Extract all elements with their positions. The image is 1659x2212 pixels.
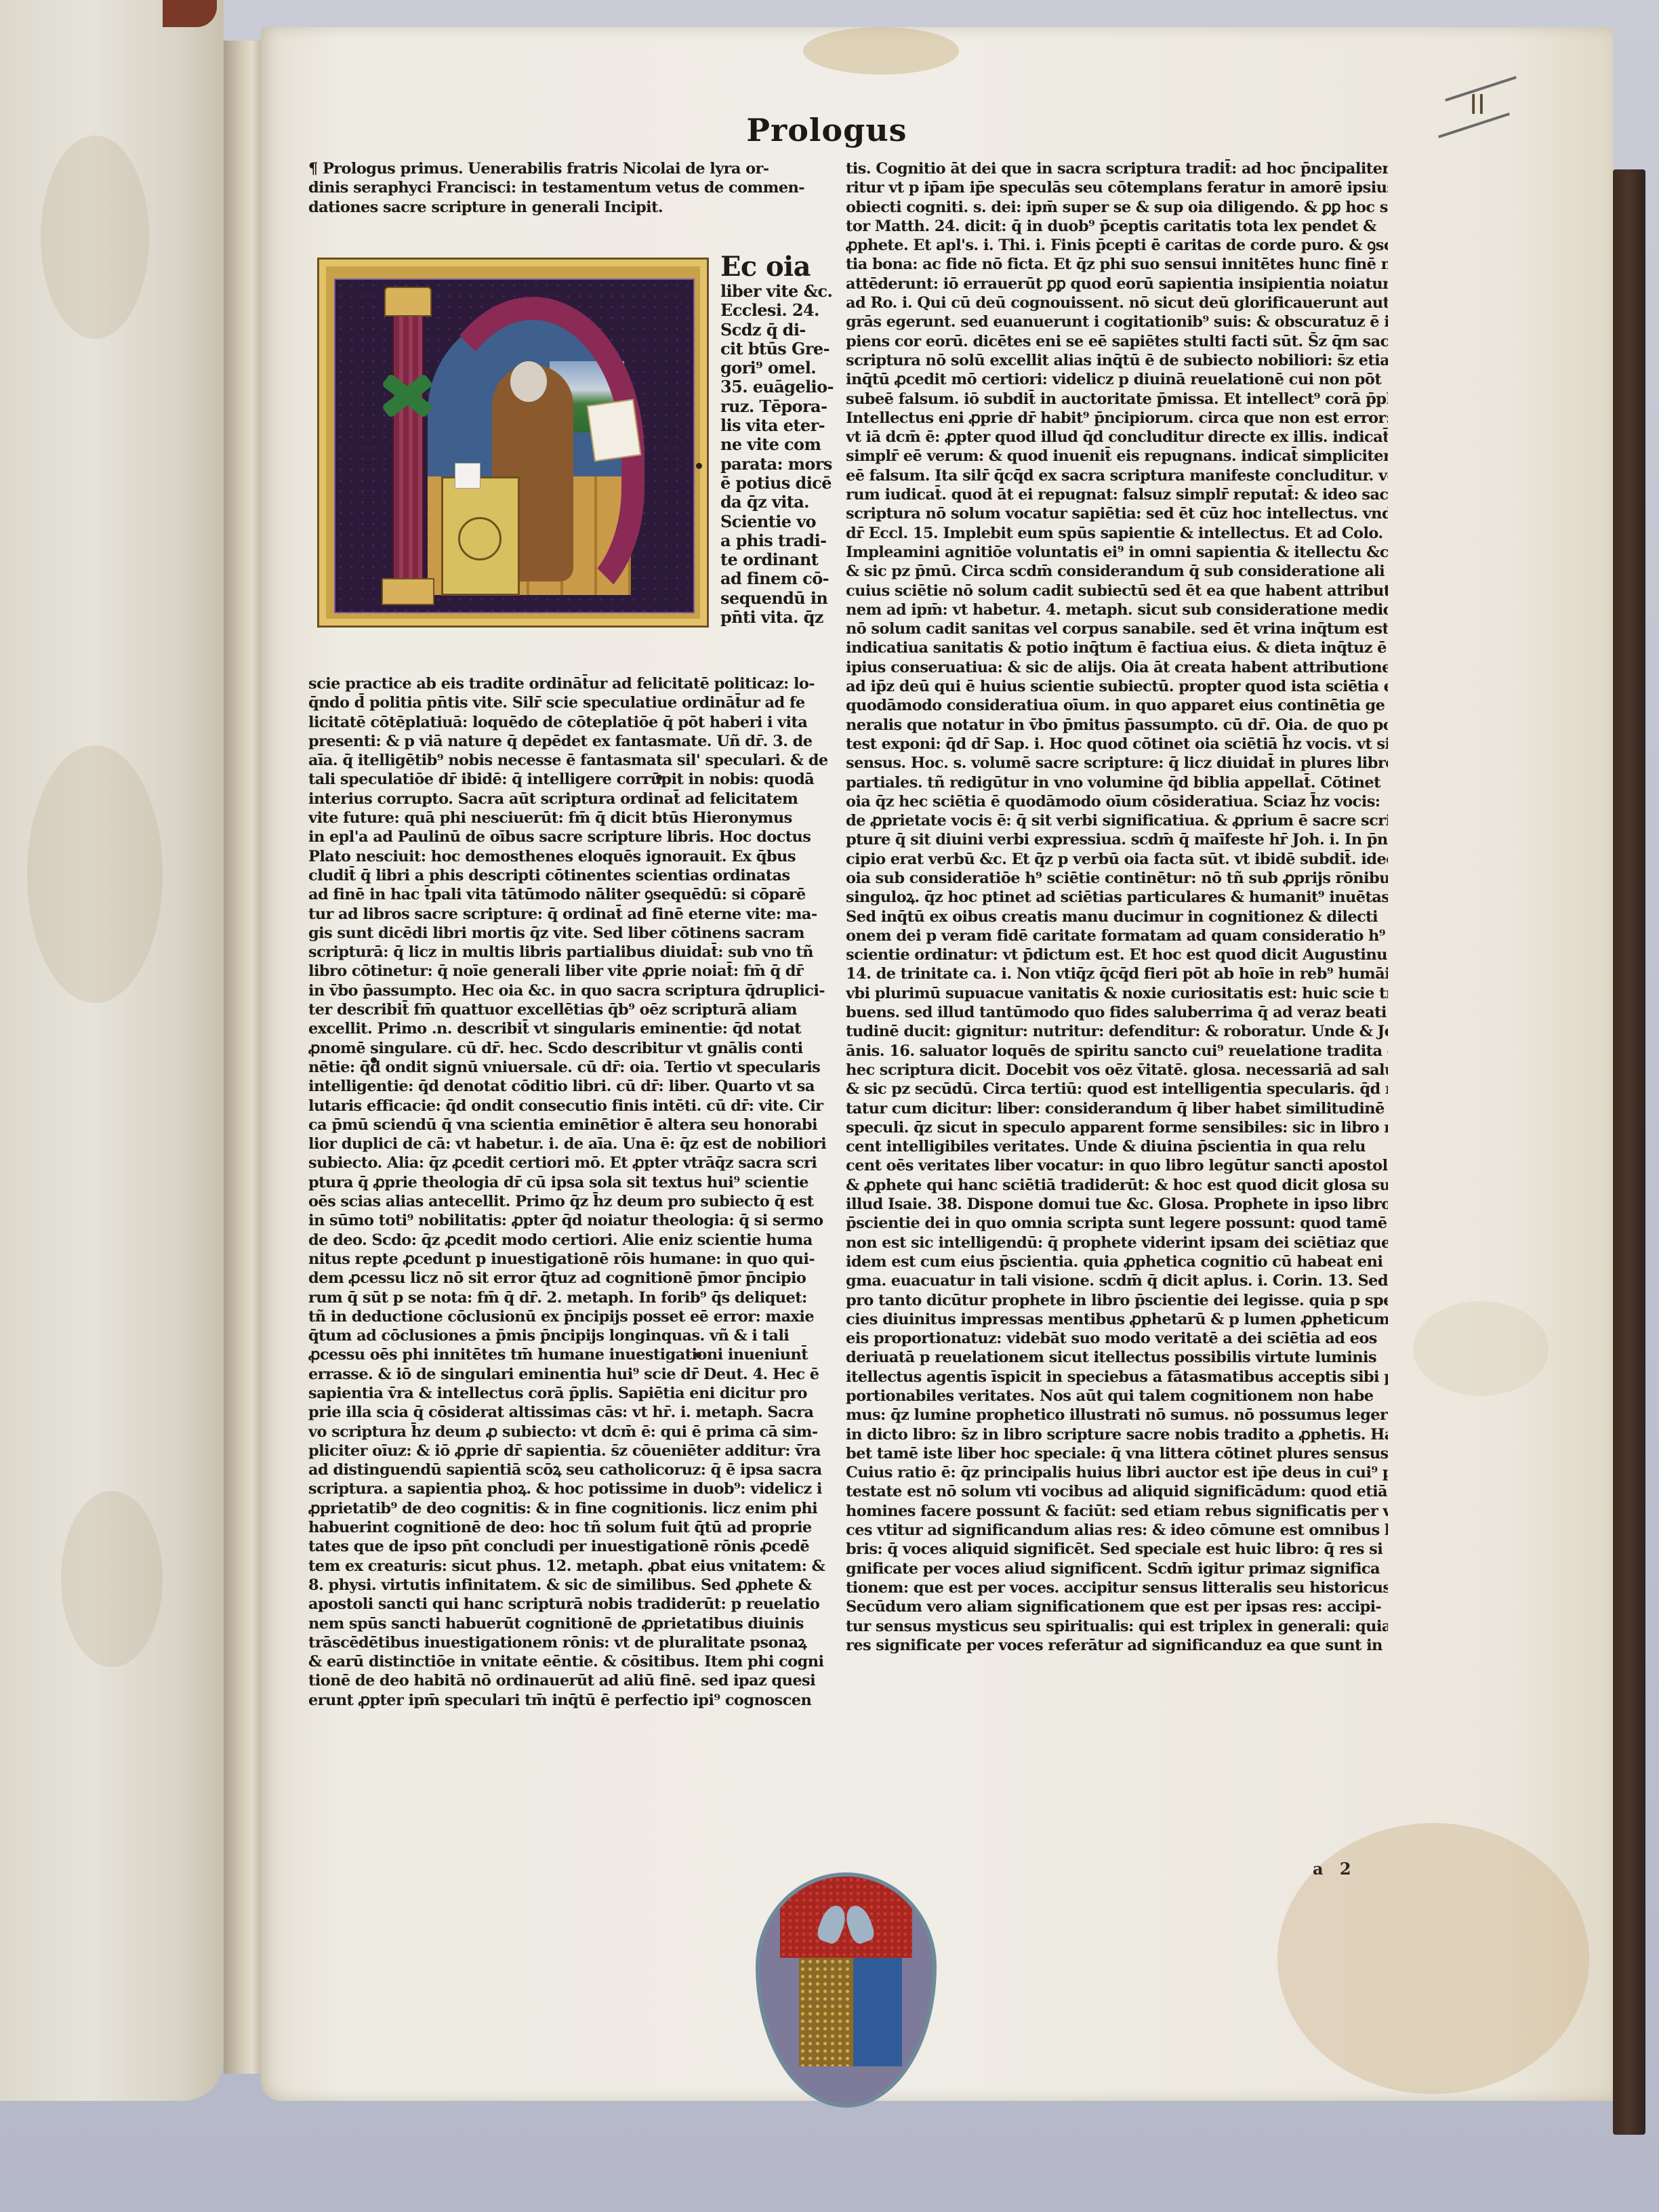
- text-line: gori⁹ omel.: [720, 359, 836, 377]
- text-line: excellit. Primo .n. describit̄ vt singul…: [308, 1019, 830, 1038]
- text-line: ipius conseruatiua: & sic de alijs. Oia …: [846, 658, 1388, 677]
- text-line: vite future: quā phi nesciuerūt: fm̄ q̄ …: [308, 808, 830, 827]
- text-line: gma. euacuatur in tali visione. scdm̄ q̄…: [846, 1271, 1388, 1290]
- text-line: tur sensus mysticus seu spiritualis: qui…: [846, 1617, 1388, 1636]
- text-line: prie illa scia q̄ cōsiderat altissimas c…: [308, 1403, 830, 1422]
- text-line: pn̄ti vita. q̄z: [720, 608, 836, 627]
- text-line: lis vita eter-: [720, 416, 836, 435]
- text-line: itellectus agentis īspicit in speciebus …: [846, 1368, 1388, 1387]
- friar-head: [510, 361, 547, 402]
- text-line: 8. physi. virtutis infinitatem. & sic de…: [308, 1576, 830, 1595]
- text-line: nētie: q̄d ondit signū vniuersale. cū dr…: [308, 1058, 830, 1077]
- text-line: Plato nesciuit: hoc demosthenes eloquēs …: [308, 847, 830, 866]
- text-line: ad Ro. i. Qui cū deū cognouissent. nō si…: [846, 293, 1388, 312]
- text-line: Scdz q̄ di-: [720, 321, 836, 340]
- text-line: cuius sciētie nō solum cadit subiectū se…: [846, 581, 1388, 600]
- column-capital: [384, 287, 432, 316]
- incipit-line: Ec oia: [720, 252, 836, 282]
- text-line: lior duplici de cā: vt habetur. i. de aī…: [308, 1134, 830, 1153]
- text-line: oia q̄z hec sciētia ē quodāmodo oīum cōs…: [846, 792, 1388, 811]
- text-line: & sic pz secūdū. Circa tertiū: quod est …: [846, 1080, 1388, 1099]
- text-line: pliciter oīuz: & iō ꝓprie dr̄ sapientia.…: [308, 1441, 830, 1460]
- text-line: portionabiles veritates. Nos aūt qui tal…: [846, 1387, 1388, 1406]
- text-line: ad finē in hac t̄pali vita tātūmodo nāli…: [308, 885, 830, 904]
- text-line: non est sic intelligendū: q̄ prophete vi…: [846, 1233, 1388, 1252]
- text-line: Ecclesi. 24.: [720, 301, 836, 320]
- text-line: ces vtitur ad significandum alias res: &…: [846, 1521, 1388, 1540]
- text-line: oēs scias alias antecellit. Primo q̄z h̄…: [308, 1192, 830, 1211]
- text-line: sensus. Hoc. s. volumē sacre scripture: …: [846, 754, 1388, 773]
- historiated-initial: [317, 258, 709, 628]
- right-text-column: tis. Cognitio āt dei que in sacra script…: [846, 159, 1388, 1655]
- wormhole: [656, 775, 662, 781]
- folio-number: II: [1437, 85, 1518, 125]
- text-line: Scientie vo: [720, 512, 836, 531]
- text-line: de deo. Scdo: q̄z ꝓcedit modo certiori. …: [308, 1231, 830, 1250]
- signature-mark: a 2: [1313, 1859, 1357, 1879]
- text-line: hec scriptura dicit. Docebit vos oēz v̄i…: [846, 1061, 1388, 1080]
- text-line: aīa. q̄ itelligētib⁹ nobis necesse ē fan…: [308, 751, 830, 770]
- text-line: indicatiua sanitatis & potio inq̄tum ē f…: [846, 638, 1388, 657]
- text-line: gnificate per voces aliud significent. S…: [846, 1559, 1388, 1578]
- text-line: libro cōtinetur: q̄ noīe generali liber …: [308, 962, 830, 981]
- text-line: tionem: que est per voces. accipitur sen…: [846, 1578, 1388, 1597]
- text-line: Secūdum vero aliam significationem que e…: [846, 1597, 1388, 1616]
- text-line: Sed inq̄tū ex oibus creatis manu ducimur…: [846, 907, 1388, 926]
- text-line: da q̄z vita.: [720, 493, 836, 512]
- text-line: partiales. tñ redigūtur in vno volumine …: [846, 773, 1388, 792]
- left-text-column: scie practice ab eis tradite ordināt̄ur …: [308, 674, 830, 1710]
- text-line: scriptura. a sapientia phoꝝ. & hoc potis…: [308, 1479, 830, 1498]
- text-line: dationes sacre scripture in generali Inc…: [308, 198, 830, 217]
- text-line: 14. de trinitate ca. i. Non vtiq̄z q̄cq̄…: [846, 964, 1388, 983]
- text-line: presenti: & p viā nature q̄ depēdet ex f…: [308, 732, 830, 751]
- text-line: tia bona: ac fide nō ficta. Et q̄z phi s…: [846, 255, 1388, 274]
- text-line: inq̄tū ꝓcedit mō certiori: videlicz p di…: [846, 370, 1388, 389]
- text-line: habuerint cognitionē de deo: hoc tñ solu…: [308, 1518, 830, 1537]
- text-line: liber vite &c.: [720, 282, 836, 301]
- column-base: [382, 578, 434, 605]
- text-line: tudinē ducit: gignitur: nutritur: defend…: [846, 1022, 1388, 1041]
- text-line: scripturā: q̄ licz in multis libris part…: [308, 943, 830, 962]
- text-line: in dicto libro: s̄z in libro scripture s…: [846, 1425, 1388, 1444]
- book-cover-edge: [1613, 169, 1645, 2135]
- writing-sheet: [455, 463, 480, 489]
- text-line: in v̄bo p̄assumpto. Hec oia &c. in quo s…: [308, 981, 830, 1000]
- incipit-column: Ec oia liber vite &c. Ecclesi. 24. Scdz …: [720, 252, 836, 627]
- text-line: apostoli sancti qui hanc scripturā nobis…: [308, 1595, 830, 1614]
- text-line: ptura q̄ ꝓprie theologia dr̄ cū ipsa sol…: [308, 1173, 830, 1192]
- text-line: dem ꝓcessu licz nō sit error q̄tuz ad co…: [308, 1269, 830, 1288]
- text-line: sapientia v̄ra & intellectus corā p̄plis…: [308, 1384, 830, 1403]
- text-line: ē potius dicē: [720, 474, 836, 493]
- text-line: tur ad libros sacre scripture: q̄ ordina…: [308, 905, 830, 924]
- text-line: nō solum cadit sanitas vel corpus sanabi…: [846, 619, 1388, 638]
- text-line: singuloꝝ. q̄z hoc ptinet ad sciētias par…: [846, 888, 1388, 907]
- text-line: cludit̄ q̄ libri a phis descripti cōtine…: [308, 866, 830, 885]
- text-line: ꝓphete. Et apl's. i. Thi. i. Finis p̄cep…: [846, 236, 1388, 255]
- text-line: onem dei p veram fidē caritate formatam …: [846, 926, 1388, 945]
- text-line: q̄tum ad cōclusiones a p̄mis p̄ncipijs l…: [308, 1326, 830, 1345]
- text-line: mus: q̄z lumine prophetico illustrati nō…: [846, 1406, 1388, 1425]
- water-stain: [27, 745, 163, 1003]
- text-line: scriptura nō solum vocatur sapiētia: sed…: [846, 504, 1388, 523]
- text-line: neralis que notatur in v̄bo p̄mitus p̄as…: [846, 716, 1388, 735]
- text-line: ¶ Prologus primus. Uenerabilis fratris N…: [308, 159, 830, 178]
- text-line: ānis. 16. saluator loquēs de spiritu san…: [846, 1042, 1388, 1061]
- text-line: Impleamini agnitiōe voluntatis ei⁹ in om…: [846, 543, 1388, 562]
- text-line: rum iudicat̄. quod āt ei repugnat: falsu…: [846, 485, 1388, 504]
- text-line: tor Matth. 24. dicit: q̄ in duob⁹ p̄cept…: [846, 217, 1388, 236]
- text-line: cipio erat verbū &c. Et q̄z p verbū oia …: [846, 850, 1388, 869]
- text-line: in epl'a ad Paulinū de oībus sacre scrip…: [308, 827, 830, 846]
- wormhole: [695, 1352, 701, 1358]
- text-line: ritur vt p ip̄am ip̄e speculās seu cōtem…: [846, 178, 1388, 197]
- text-line: q̄ndo d̄ politia pn̄tis vite. Silr̄ scie…: [308, 693, 830, 712]
- text-line: gis sunt dicēdi libri mortis q̄z vite. S…: [308, 924, 830, 943]
- water-stain: [61, 1491, 163, 1667]
- prologue-heading: ¶ Prologus primus. Uenerabilis fratris N…: [308, 159, 830, 217]
- leather-binding: [163, 0, 217, 27]
- text-line: tem ex creaturis: sicut phus. 12. metaph…: [308, 1557, 830, 1576]
- text-line: cit btūs Gre-: [720, 340, 836, 359]
- text-line: vo scriptura h̄z deum ꝓ subiecto: vt dcm…: [308, 1422, 830, 1441]
- text-line: eē falsum. Ita silr̄ q̄cq̄d ex sacra scr…: [846, 466, 1388, 485]
- text-line: test exponi: q̄d dr̄ Sap. i. Hoc quod cō…: [846, 735, 1388, 754]
- text-line: p̄scientie dei in quo omnia scripta sunt…: [846, 1214, 1388, 1233]
- text-line: subeē falsum. iō subdit̄ in auctoritate …: [846, 390, 1388, 409]
- text-line: illud Isaie. 38. Dispone domui tue &c. G…: [846, 1195, 1388, 1214]
- text-line: piens cor eorū. dicētes eni se eē sapiēt…: [846, 332, 1388, 351]
- text-line: trāscēdētibus inuestigationem rōnis: vt …: [308, 1633, 830, 1652]
- arms-gold-field: [799, 1958, 853, 2066]
- text-line: ad finem cō-: [720, 569, 836, 588]
- text-line: bris: q̄ voces aliquid significēt. Sed s…: [846, 1540, 1388, 1559]
- text-line: ter describit̄ fm̄ quattuor excellētias …: [308, 1000, 830, 1019]
- text-line: & ꝓphete qui hanc sciētiā tradiderūt: & …: [846, 1176, 1388, 1195]
- text-line: in sūmo toti⁹ nobilitatis: ꝓpter q̄d noi…: [308, 1211, 830, 1230]
- text-line: tñ in deductione cōclusionū ex p̄ncipijs…: [308, 1307, 830, 1326]
- running-head: Prologus: [739, 112, 915, 148]
- text-line: parata: mors: [720, 455, 836, 474]
- text-line: ne vite com: [720, 435, 836, 454]
- lectern-rosette: [458, 517, 501, 560]
- text-line: tionē de deo habitā nō ordinauerūt ad al…: [308, 1671, 830, 1690]
- text-line: ꝓprietatib⁹ de deo cognitis: & in fine c…: [308, 1499, 830, 1518]
- text-line: ca p̄mū sciendū q̄ vna scientia eminētio…: [308, 1115, 830, 1134]
- text-line: ruz. Tēpora-: [720, 397, 836, 416]
- text-line: Intellectus eni ꝓprie dr̄ habit⁹ p̄ncipi…: [846, 409, 1388, 428]
- text-line: oia sub consideratiōe h⁹ sciētie continē…: [846, 869, 1388, 888]
- text-line: rum q̄ sūt p se nota: fm̄ q̄ dr̄. 2. met…: [308, 1288, 830, 1307]
- text-line: licitatē cōtēplatiuā: loquēdo de cōtepla…: [308, 713, 830, 732]
- letter-column: [392, 300, 424, 588]
- text-line: errasse. & iō de singulari eminentia hui…: [308, 1365, 830, 1384]
- text-line: simplr̄ eē verum: & quod inuenit̄ eis re…: [846, 447, 1388, 466]
- text-line: ꝓcessu oēs phi innitētes tm̄ humane inue…: [308, 1345, 830, 1364]
- text-line: speculi. q̄z sicut in speculo apparent f…: [846, 1118, 1388, 1137]
- text-line: ꝓnomē singulare. cū dr̄. hec. Scdo descr…: [308, 1039, 830, 1058]
- text-line: quodāmodo consideratiua oīum. in quo app…: [846, 696, 1388, 715]
- text-line: 35. euāgelio-: [720, 377, 836, 396]
- text-line: obiecti cogniti. s. dei: ipm̄ super se &…: [846, 198, 1388, 217]
- foxing-stain: [803, 27, 959, 75]
- water-stain: [41, 136, 149, 339]
- text-line: nem spūs sancti habuerūt cognitionē de ꝓ…: [308, 1614, 830, 1633]
- text-line: buens. sed illud tantūmodo quo fides sal…: [846, 1003, 1388, 1022]
- text-line: tis. Cognitio āt dei que in sacra script…: [846, 159, 1388, 178]
- text-line: vbi plurimū supuacue vanitatis & noxie c…: [846, 984, 1388, 1003]
- text-line: res significate per voces referātur ad s…: [846, 1636, 1388, 1655]
- text-line: & sic pz p̄mū. Circa scdm̄ considerandum…: [846, 562, 1388, 581]
- wormhole: [696, 463, 702, 469]
- text-line: scie practice ab eis tradite ordināt̄ur …: [308, 674, 830, 693]
- book-gutter: [224, 41, 264, 2074]
- text-line: testate est nō solum vti vocibus ad aliq…: [846, 1482, 1388, 1501]
- left-page-verso: [0, 0, 224, 2101]
- text-line: vt iā dcm̄ ē: ꝓpter quod illud q̄d concl…: [846, 428, 1388, 447]
- text-line: ad ip̄z deū qui ē huius scientie subiect…: [846, 677, 1388, 696]
- text-line: deriuatā p reuelationem sicut itellectus…: [846, 1348, 1388, 1367]
- text-line: erunt ꝓpter ipm̄ speculari tm̄ inq̄tū ē …: [308, 1691, 830, 1710]
- text-line: bet tamē iste liber hoc speciale: q̄ vna…: [846, 1444, 1388, 1463]
- text-line: attēderunt: iō errauerūt ꝑꝑ quod eorū sa…: [846, 274, 1388, 293]
- text-line: tali speculatiōe dr̄ ibidē: q̄ intellige…: [308, 770, 830, 789]
- text-line: nitus repte ꝓcedunt p inuestigationē rōi…: [308, 1250, 830, 1269]
- text-line: dr̄ Eccl. 15. Implebit eum spūs sapienti…: [846, 524, 1388, 543]
- text-line: grās egerunt. sed euanuerunt i cogitatio…: [846, 312, 1388, 331]
- text-line: tatur cum dicitur: liber: considerandum …: [846, 1099, 1388, 1118]
- text-line: ad distinguendū sapientiā scōꝝ seu catho…: [308, 1460, 830, 1479]
- text-line: nem ad ipm̄: vt habetur. 4. metaph. sicu…: [846, 600, 1388, 619]
- text-line: cent intelligibiles veritates. Unde & di…: [846, 1137, 1388, 1156]
- text-line: a phis tradi-: [720, 531, 836, 550]
- wormhole: [371, 1057, 377, 1063]
- text-line: lutaris efficacie: q̄d ondit consecutio …: [308, 1097, 830, 1115]
- arms-blue-field: [853, 1958, 902, 2066]
- text-line: tates que de ipso pn̄t concludi per inue…: [308, 1537, 830, 1556]
- text-line: interius corrupto. Sacra aūt scriptura o…: [308, 790, 830, 808]
- foxing-stain: [1413, 1301, 1549, 1396]
- text-line: sequendū in: [720, 589, 836, 608]
- text-line: pro tanto dicūtur prophete in libro p̄sc…: [846, 1291, 1388, 1310]
- text-line: scriptura nō solū excellit alias inq̄tū …: [846, 351, 1388, 370]
- text-line: scientie ordinatur: vt p̄dictum est. Et …: [846, 945, 1388, 964]
- text-line: de ꝓprietate vocis ē: q̄ sit verbi signi…: [846, 811, 1388, 830]
- text-line: cies diuinitus impressas mentibus ꝓpheta…: [846, 1310, 1388, 1329]
- text-line: eis proportionatuz: videbāt suo modo ver…: [846, 1329, 1388, 1348]
- text-line: subiecto. Alia: q̄z ꝓcedit certiori mō. …: [308, 1153, 830, 1172]
- text-line: & earū distinctiōe in vnitate eēntie. & …: [308, 1652, 830, 1671]
- text-line: dinis seraphyci Francisci: in testamentu…: [308, 178, 830, 197]
- open-book: [586, 399, 641, 462]
- text-line: Cuius ratio ē: q̄z principalis huius lib…: [846, 1463, 1388, 1482]
- text-line: homines facere possunt & faciūt: sed eti…: [846, 1502, 1388, 1521]
- text-line: te ordinant: [720, 550, 836, 569]
- text-line: cent oēs veritates liber vocatur: in quo…: [846, 1156, 1388, 1175]
- text-line: pture q̄ sit diuini verbi expressiua. sc…: [846, 830, 1388, 849]
- text-line: intelligentie: q̄d denotat cōditio libri…: [308, 1077, 830, 1096]
- text-line: idem est cum eius p̄scientia. quia ꝓphet…: [846, 1252, 1388, 1271]
